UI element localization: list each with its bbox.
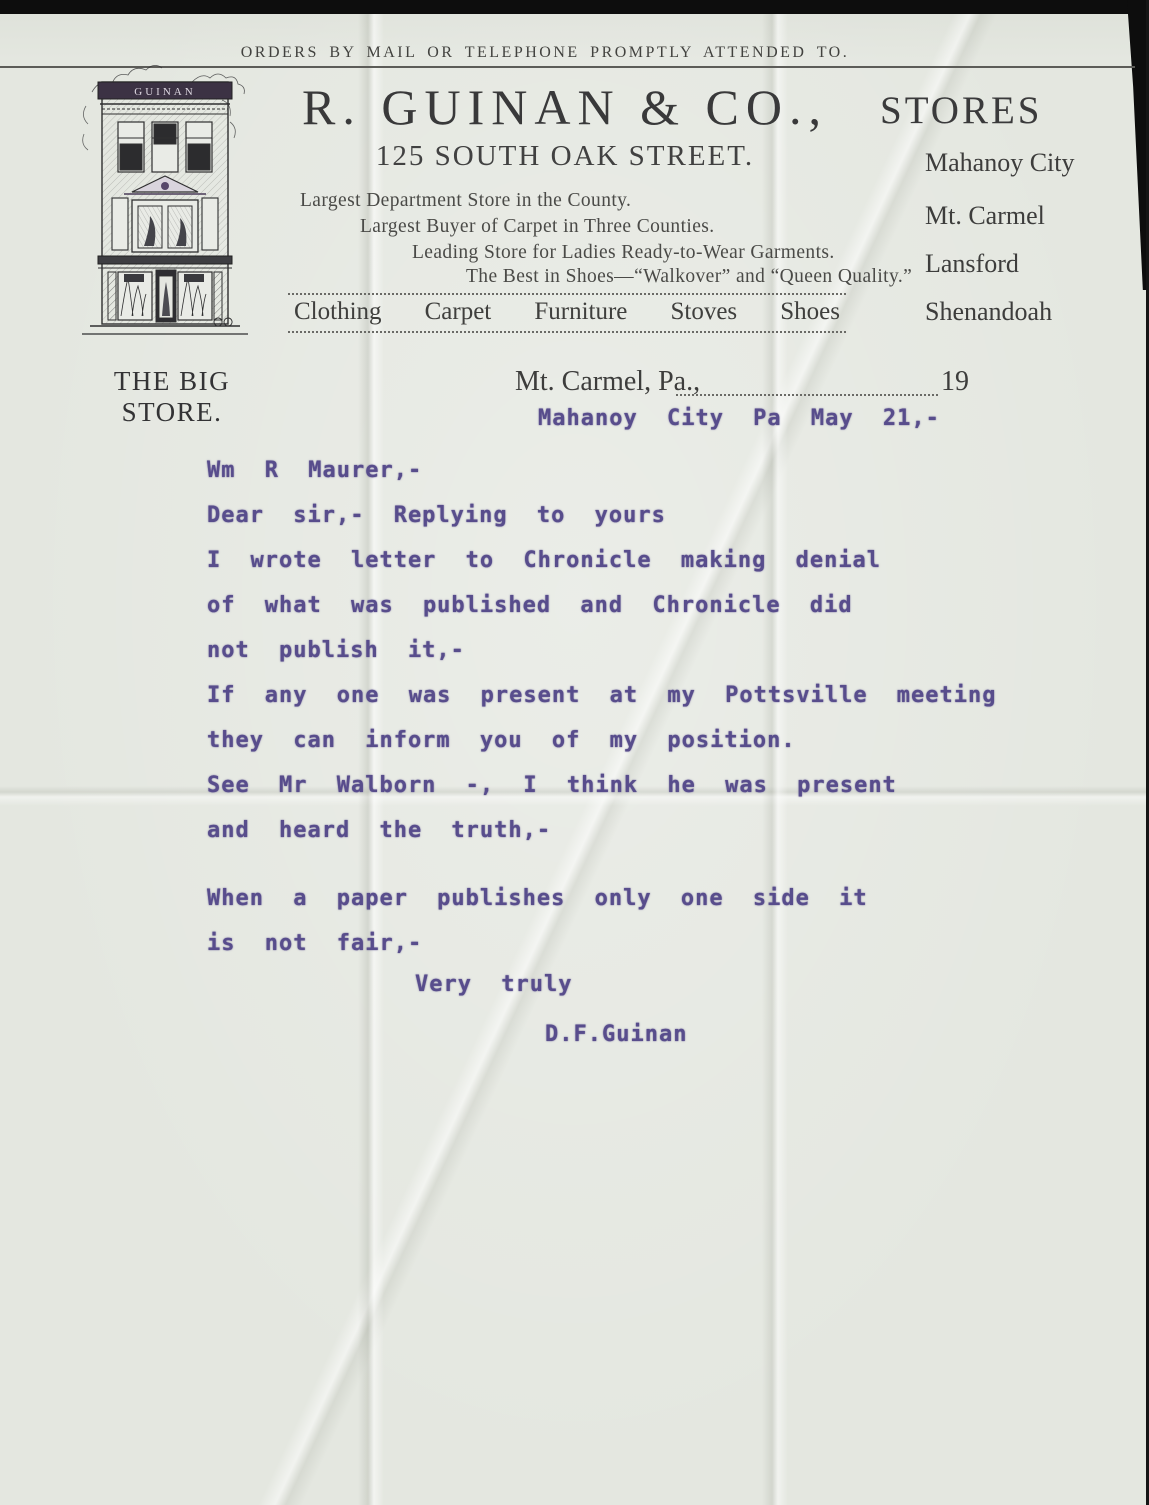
store-city: Mahanoy City bbox=[925, 148, 1075, 178]
letter-line: not publish it,- bbox=[207, 628, 997, 673]
letter-line: When a paper publishes only one side it bbox=[207, 876, 997, 921]
tagline: The Best in Shoes—“Walkover” and “Queen … bbox=[466, 266, 912, 288]
street-address: 125 SOUTH OAK STREET. bbox=[255, 140, 875, 173]
department-item: Stoves bbox=[670, 298, 737, 326]
tagline: Largest Department Store in the County. bbox=[300, 190, 631, 212]
illustration-sign-text: GUINAN bbox=[134, 86, 195, 98]
letter-line: I wrote letter to Chronicle making denia… bbox=[207, 538, 997, 583]
letter-signature: D.F.Guinan bbox=[545, 1022, 687, 1047]
illustration-caption: THE BIG STORE. bbox=[62, 366, 282, 428]
store-city: Lansford bbox=[925, 249, 1019, 279]
store-city: Mt. Carmel bbox=[925, 201, 1045, 231]
department-item: Shoes bbox=[780, 298, 840, 326]
tagline: Leading Store for Ladies Ready-to-Wear G… bbox=[412, 242, 835, 264]
letter-line: and heard the truth,- bbox=[207, 808, 997, 853]
department-item: Clothing bbox=[294, 298, 382, 326]
dateline-dotted-leader bbox=[676, 368, 938, 396]
storefront-illustration: GUINAN bbox=[72, 60, 262, 360]
letter-closing: Very truly bbox=[415, 972, 572, 997]
letter-line: of what was published and Chronicle did bbox=[207, 583, 997, 628]
letter-line: they can inform you of my position. bbox=[207, 718, 997, 763]
department-item: Carpet bbox=[425, 298, 492, 326]
stores-heading: STORES bbox=[880, 88, 1043, 133]
departments-row: Clothing Carpet Furniture Stoves Shoes bbox=[288, 293, 846, 333]
typed-dateline: Mahanoy City Pa May 21,- bbox=[538, 406, 940, 431]
letter-line: is not fair,- bbox=[207, 921, 997, 966]
scan-edge-top bbox=[0, 0, 1149, 14]
letter-line: Dear sir,- Replying to yours bbox=[207, 493, 997, 538]
dateline-year-prefix: 19 bbox=[941, 366, 969, 398]
letterhead-scan: ORDERS BY MAIL OR TELEPHONE PROMPTLY ATT… bbox=[0, 0, 1149, 1505]
letter-line: If any one was present at my Pottsville … bbox=[207, 673, 997, 718]
store-city: Shenandoah bbox=[925, 297, 1052, 327]
letter-body: Wm R Maurer,- Dear sir,- Replying to you… bbox=[207, 448, 997, 966]
letter-line: Wm R Maurer,- bbox=[207, 448, 997, 493]
tagline: Largest Buyer of Carpet in Three Countie… bbox=[360, 216, 715, 238]
dateline-place: Mt. Carmel, Pa., bbox=[515, 366, 700, 398]
company-name: R. GUINAN & CO., bbox=[255, 78, 875, 136]
department-item: Furniture bbox=[534, 298, 627, 326]
letter-line: See Mr Walborn -, I think he was present bbox=[207, 763, 997, 808]
